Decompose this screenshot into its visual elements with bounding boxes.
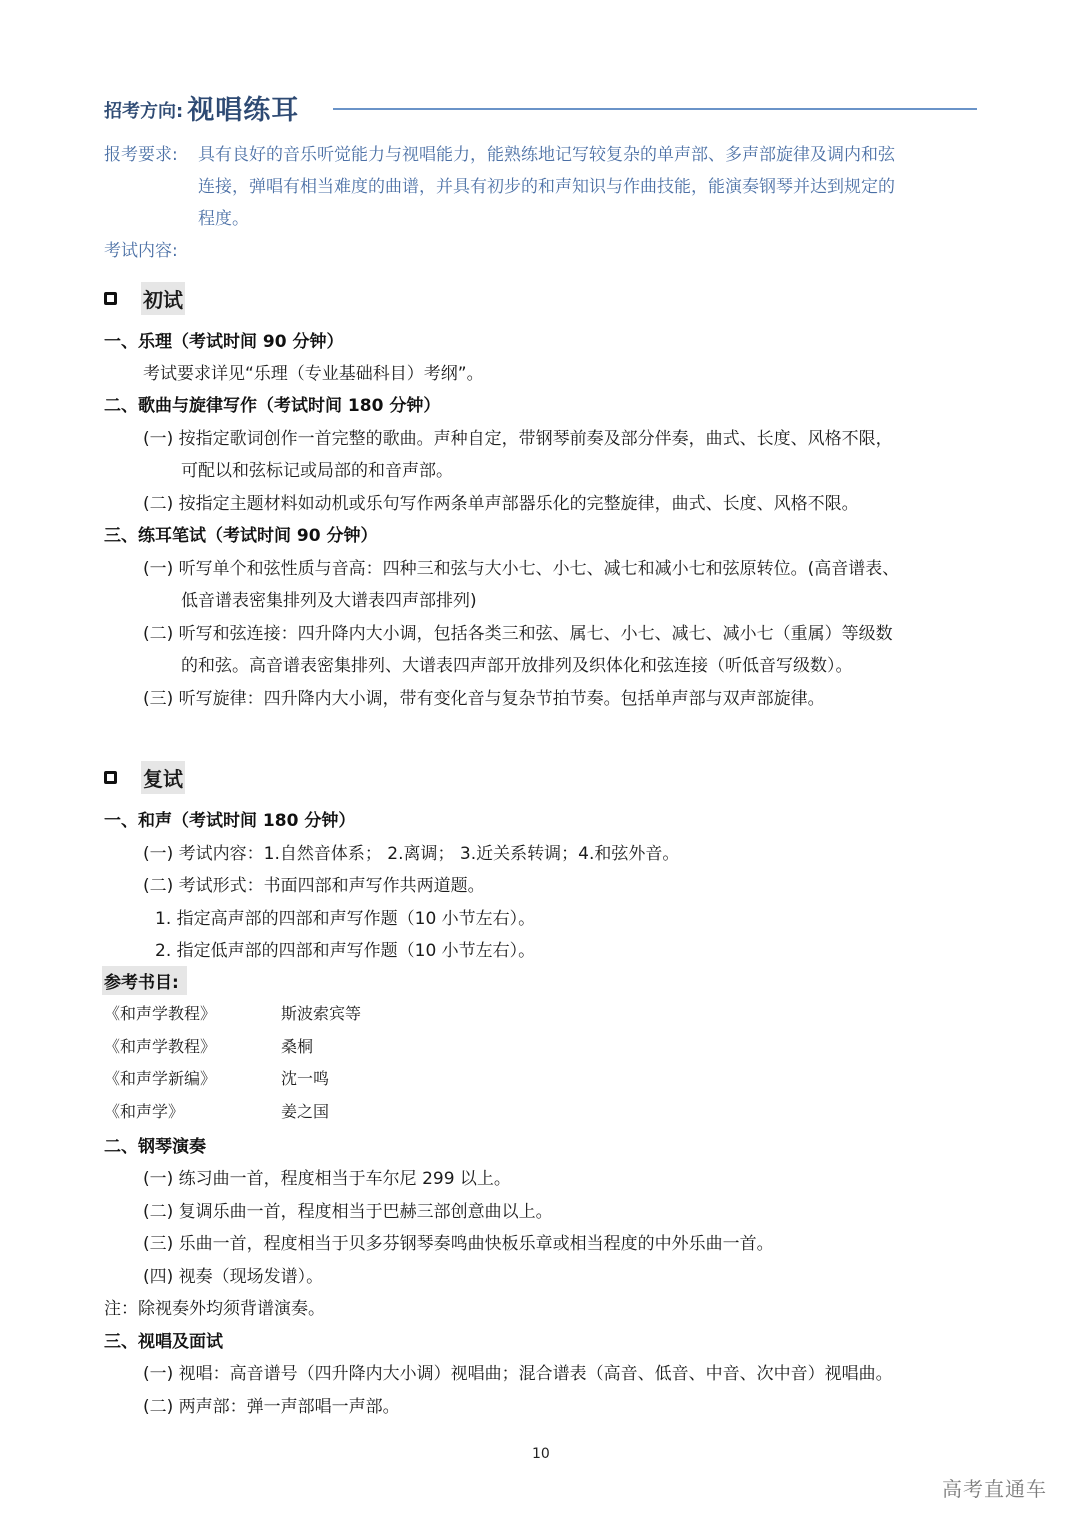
body-line: 考试要求详见“乐理（专业基础科目）考纲”。 — [143, 359, 484, 384]
header-rule — [333, 108, 977, 110]
checkbox-square-icon — [104, 771, 117, 784]
section-title: 复试 — [141, 761, 185, 794]
subsection-heading: 三、练耳笔试（考试时间 90 分钟） — [104, 521, 378, 546]
page-number: 10 — [532, 1446, 550, 1462]
subsection-heading: 三、视唱及面试 — [104, 1327, 223, 1352]
header: 招考方向: 视唱练耳 — [104, 88, 299, 127]
body-line: (三) 听写旋律：四升降内大小调，带有变化音与复杂节拍节奏。包括单声部与双声部旋… — [143, 684, 825, 709]
book-author: 沈一鸣 — [281, 1066, 329, 1089]
book-author: 桑桐 — [281, 1034, 313, 1057]
note-line: 注：除视奏外均须背谱演奏。 — [104, 1294, 325, 1319]
requirements-label: 报考要求: — [104, 140, 178, 165]
watermark: 高考直通车 — [942, 1473, 1047, 1502]
book-title: 《和声学教程》 — [104, 1034, 216, 1057]
body-line: (一) 视唱：高音谱号（四升降内大小调）视唱曲；混合谱表（高音、低音、中音、次中… — [143, 1359, 893, 1384]
requirements-line: 程度。 — [198, 204, 249, 229]
requirements-line: 连接，弹唱有相当难度的曲谱，并具有初步的和声知识与作曲技能，能演奏钢琴并达到规定… — [198, 172, 895, 197]
body-line: (二) 复调乐曲一首，程度相当于巴赫三部创意曲以上。 — [143, 1197, 553, 1222]
header-label: 招考方向: — [104, 97, 183, 123]
section-preliminary: 初试 — [104, 282, 185, 315]
body-line: (二) 按指定主题材料如动机或乐句写作两条单声部器乐化的完整旋律，曲式、长度、风… — [143, 489, 859, 514]
checkbox-square-icon — [104, 292, 117, 305]
body-line: (一) 按指定歌词创作一首完整的歌曲。声种自定，带钢琴前奏及部分伴奏，曲式、长度… — [143, 424, 893, 449]
body-line: (三) 乐曲一首，程度相当于贝多芬钢琴奏鸣曲快板乐章或相当程度的中外乐曲一首。 — [143, 1229, 774, 1254]
book-title: 《和声学》 — [104, 1099, 184, 1122]
book-title: 《和声学新编》 — [104, 1066, 216, 1089]
book-author: 姜之国 — [281, 1099, 329, 1122]
body-line: (二) 考试形式：书面四部和声写作共两道题。 — [143, 871, 485, 896]
section-retest: 复试 — [104, 761, 185, 794]
body-line: (一) 听写单个和弦性质与音高：四种三和弦与大小七、小七、减七和减小七和弦原转位… — [143, 554, 899, 579]
body-line: 2. 指定低声部的四部和声写作题（10 小节左右）。 — [155, 936, 535, 961]
body-line: (一) 练习曲一首，程度相当于车尔尼 299 以上。 — [143, 1164, 511, 1189]
body-line: (二) 两声部：弹一声部唱一声部。 — [143, 1392, 400, 1417]
subsection-heading: 一、和声（考试时间 180 分钟） — [104, 806, 355, 831]
body-line: 的和弦。高音谱表密集排列、大谱表四声部开放排列及织体化和弦连接（听低音写级数）。 — [181, 651, 853, 676]
subsection-heading: 一、乐理（考试时间 90 分钟） — [104, 327, 344, 352]
requirements-line: 具有良好的音乐听觉能力与视唱能力，能熟练地记写较复杂的单声部、多声部旋律及调内和… — [198, 140, 895, 165]
body-line: (一) 考试内容：1.自然音体系； 2.离调； 3.近关系转调；4.和弦外音。 — [143, 839, 679, 864]
body-line: (四) 视奏（现场发谱）。 — [143, 1262, 323, 1287]
body-line: 可配以和弦标记或局部的和音声部。 — [181, 456, 453, 481]
body-line: 低音谱表密集排列及大谱表四声部排列) — [181, 586, 477, 611]
content-label: 考试内容: — [104, 236, 178, 261]
body-line: 1. 指定高声部的四部和声写作题（10 小节左右）。 — [155, 904, 535, 929]
subsection-heading: 二、钢琴演奏 — [104, 1132, 206, 1157]
book-author: 斯波索宾等 — [281, 1001, 361, 1024]
book-title: 《和声学教程》 — [104, 1001, 216, 1024]
references-label: 参考书目: — [102, 966, 187, 995]
subsection-heading: 二、歌曲与旋律写作（考试时间 180 分钟） — [104, 391, 440, 416]
header-title: 视唱练耳 — [187, 88, 299, 127]
body-line: (二) 听写和弦连接：四升降内大小调，包括各类三和弦、属七、小七、减七、减小七（… — [143, 619, 893, 644]
document-page: 招考方向: 视唱练耳 报考要求: 具有良好的音乐听觉能力与视唱能力，能熟练地记写… — [0, 0, 1080, 1526]
section-title: 初试 — [141, 282, 185, 315]
